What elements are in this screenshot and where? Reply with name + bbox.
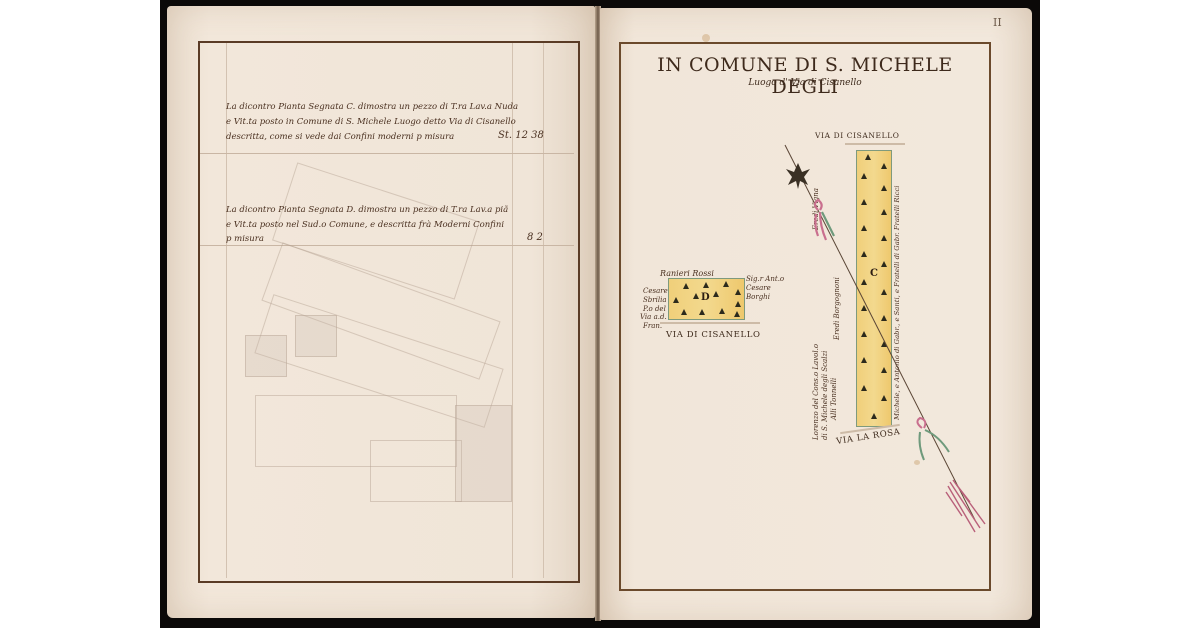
entry-c-line-3: descritta, come si vede dai Confini mode…: [226, 130, 454, 144]
road-edge: [660, 322, 760, 324]
plot-c-road-top: VIA DI CISANELLO: [815, 131, 900, 140]
entry-d-line-1: La dicontro Pianta Segnata D. dimostra u…: [226, 203, 508, 217]
plot-d-road-label: VIA DI CISANELLO: [666, 330, 761, 340]
entry-c-line-1: La dicontro Pianta Segnata C. dimostra u…: [226, 100, 518, 114]
ruled-margin-line: [543, 43, 544, 578]
north-arrow-icon: [770, 140, 1000, 540]
plot-d-owner-right-2: Cesare: [746, 284, 771, 293]
entry-d-line-2: e Vit.ta posto nel Sud.o Comune, e descr…: [226, 218, 504, 232]
page-number: II: [993, 16, 1002, 29]
plot-d-owner-left-1: Cesare: [643, 287, 668, 296]
entry-d-measure: 8 2: [527, 232, 543, 243]
ruled-line: [200, 153, 574, 154]
plot-d-letter: D: [701, 292, 710, 303]
plot-d-owner-top: Ranieri Rossi: [660, 269, 714, 278]
plot-d-owner-left-2: Sbrilia: [643, 296, 667, 305]
plot-d-owner-right-3: Borghi: [746, 293, 770, 302]
entry-c-measure: St. 12 38: [498, 130, 544, 141]
map-subtitle: Luogo d' Via di Cisanello: [625, 78, 985, 88]
entry-d-line-3: p misura: [226, 232, 264, 246]
paper-stain: [702, 34, 710, 42]
map-title: IN COMUNE DI S. MICHELE DEGLI: [625, 54, 985, 98]
plot-d-area: D: [668, 278, 745, 320]
plot-d-owner-left-4: Via a.d.: [640, 313, 667, 322]
entry-c-line-2: e Vit.ta posto in Comune di S. Michele L…: [226, 115, 516, 129]
